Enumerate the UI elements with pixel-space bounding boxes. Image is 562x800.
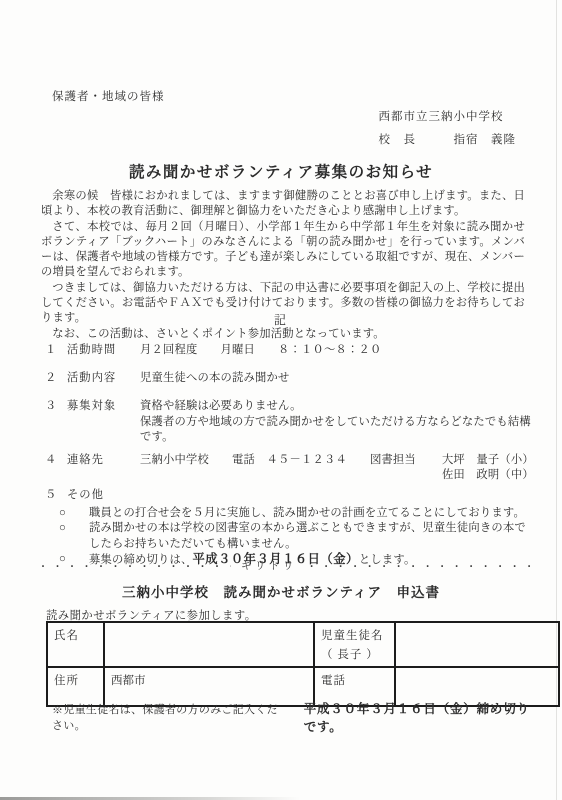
contact-person-elementary: 大坪 量子（小）	[442, 453, 534, 468]
child-name-sublabel: （ 長子 ）	[321, 646, 388, 662]
bullet-meeting-plan: ○ 職員との打合せ会を５月に実施し、読み聞かせの計画を立てることにしております。	[59, 506, 534, 521]
detail-item-others: ５ その他	[45, 488, 534, 503]
circle-bullet-icon: ○	[59, 521, 89, 536]
item-label: 募集対象	[67, 399, 140, 414]
cut-dots-left: ・・・・・・・・・・・・・・・・・・・・・	[38, 558, 231, 573]
detail-item-time: １ 活動時間 月２回程度 月曜日 ８：１０～８：２０	[45, 343, 534, 358]
item-label: 活動内容	[67, 371, 140, 386]
target-line-2: 保護者の方や地域の方で読み聞かせをしていただける方ならどなたでも結構です。	[140, 415, 534, 445]
application-form-table: 氏名 児童生徒名 （ 長子 ） 住所 西都市 電話	[46, 621, 560, 707]
target-line-1: 資格や経験は必要ありません。	[140, 399, 534, 414]
detail-item-contact: ４ 連絡先 三納小中学校 電話 ４５－１２３４ 図書担当 大坪 量子（小） 佐田…	[45, 453, 534, 483]
paragraph-saitoku-point: なお、この活動は、さいとくポイント参加活動となっています。	[41, 327, 525, 342]
record-marker: 記	[0, 311, 562, 328]
form-note: ※児童生徒名は、保護者の方のみご記入ください。	[52, 701, 286, 733]
name-label-cell: 氏名	[47, 622, 104, 667]
item-number: ５	[45, 488, 67, 503]
cut-dots-right: ・・・・・・・・・・・・・・・・・・・・・・・・・	[307, 558, 536, 573]
item-value: 月２回程度 月曜日 ８：１０～８：２０	[140, 343, 534, 358]
item-number: １	[45, 343, 67, 358]
sender-school: 西都市立三納小中学校	[379, 106, 517, 129]
child-name-label-cell: 児童生徒名 （ 長子 ）	[314, 622, 395, 667]
cut-here-label: キリトリ	[231, 557, 307, 573]
item-value: 三納小中学校 電話 ４５－１２３４ 図書担当 大坪 量子（小） 佐田 政明（中）	[140, 453, 534, 483]
contact-persons: 大坪 量子（小） 佐田 政明（中）	[442, 453, 534, 483]
form-footer: ※児童生徒名は、保護者の方のみご記入ください。 平成３０年３月１６日（金）締め切…	[52, 699, 542, 735]
application-form-title: 三納小中学校 読み聞かせボランティア 申込書	[0, 581, 562, 601]
contact-person-junior: 佐田 政明（中）	[442, 468, 534, 483]
item-value: 資格や経験は必要ありません。 保護者の方や地域の方で読み聞かせをしていただける方…	[140, 399, 534, 445]
document-title: 読み聞かせボランティア募集のお知らせ	[0, 160, 562, 182]
paragraph-activity-intro: さて、本校では、毎月２回（月曜日）、小学部１年生から中学部１年生を対象に読み聞か…	[41, 220, 525, 281]
item-label: 連絡先	[67, 453, 140, 468]
scanned-notice-page: 保護者・地域の皆様 西都市立三納小中学校 校 長 指宿 義隆 読み聞かせボランテ…	[0, 0, 562, 800]
form-deadline-note: 平成３０年３月１６日（金）締め切りです。	[304, 699, 542, 735]
child-name-label: 児童生徒名	[321, 630, 384, 642]
bullet-text: 読み聞かせの本は学校の図書室の本から選ぶこともできますが、児童生徒向きの本でした…	[89, 521, 534, 551]
item-number: ３	[45, 399, 67, 414]
bullet-text: 職員との打合せ会を５月に実施し、読み聞かせの計画を立てることにしております。	[89, 506, 534, 521]
detail-item-target: ３ 募集対象 資格や経験は必要ありません。 保護者の方や地域の方で読み聞かせをし…	[45, 399, 534, 445]
item-value: 児童生徒への本の読み聞かせ	[140, 371, 534, 386]
circle-bullet-icon: ○	[59, 506, 89, 521]
table-row: 氏名 児童生徒名 （ 長子 ）	[47, 622, 559, 667]
cut-here-line: ・・・・・・・・・・・・・・・・・・・・・ キリトリ ・・・・・・・・・・・・・…	[38, 557, 536, 573]
contact-school-tel: 三納小中学校 電話 ４５－１２３４ 図書担当	[140, 453, 416, 483]
paragraph-greeting: 余寒の候 皆様におかれましては、ますます御健勝のこととお喜び申し上げます。また、…	[41, 189, 525, 220]
item-number: ２	[45, 371, 67, 386]
item-number: ４	[45, 453, 67, 468]
bullet-book-choice: ○ 読み聞かせの本は学校の図書室の本から選ぶこともできますが、児童生徒向きの本で…	[59, 521, 534, 551]
addressee-line: 保護者・地域の皆様	[52, 88, 165, 104]
item-label: 活動時間	[67, 343, 140, 358]
sender-block: 西都市立三納小中学校 校 長 指宿 義隆	[379, 106, 517, 152]
child-name-input-cell[interactable]	[395, 622, 559, 667]
detail-item-content: ２ 活動内容 児童生徒への本の読み聞かせ	[45, 371, 534, 386]
item-label: その他	[67, 488, 140, 503]
detail-list: １ 活動時間 月２回程度 月曜日 ８：１０～８：２０ ２ 活動内容 児童生徒への…	[45, 343, 534, 569]
contact-row: 三納小中学校 電話 ４５－１２３４ 図書担当 大坪 量子（小） 佐田 政明（中）	[140, 453, 534, 483]
name-input-cell[interactable]	[104, 622, 314, 667]
sender-principal: 校 長 指宿 義隆	[379, 129, 517, 152]
